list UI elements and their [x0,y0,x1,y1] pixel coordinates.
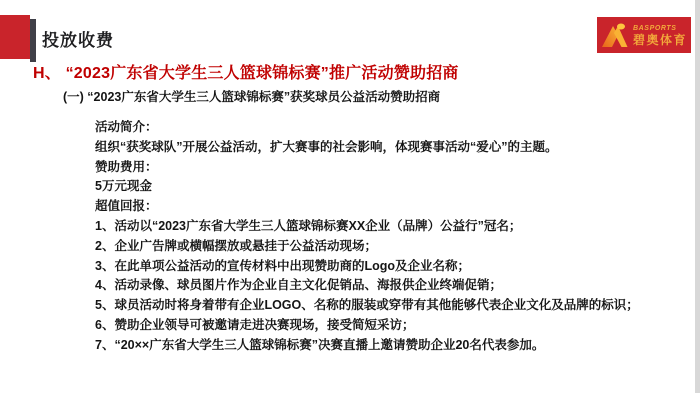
page-title: 投放收费 [42,26,114,51]
body-line-return-7: 7、“20××广东省大学生三人篮球锦标赛”决赛直播上邀请赞助企业20名代表参加。 [95,336,675,356]
body-line-returns-label: 超值回报： [95,197,675,217]
body-line-return-6: 6、赞助企业领导可被邀请走进决赛现场，接受简短采访； [95,316,675,336]
accent-square [0,15,30,59]
body-line-return-4: 4、活动录像、球员图片作为企业自主文化促销品、海报供企业终端促销； [95,276,675,296]
section-heading: H、 “2023广东省大学生三人篮球锦标赛”推广活动赞助招商 [33,60,459,83]
right-edge-bar [695,0,700,393]
body-line-fee-label: 赞助费用： [95,158,675,178]
basports-a-mark-icon [601,22,629,48]
body-line-fee-value: 5万元现金 [95,177,675,197]
body-line-intro-text: 组织“获奖球队”开展公益活动，扩大赛事的社会影响，体现赛事活动“爱心”的主题。 [95,138,675,158]
brand-logo: BASPORTS 碧奥体育 [597,17,691,53]
body-line-return-2: 2、企业广告牌或横幅摆放或悬挂于公益活动现场； [95,237,675,257]
accent-square-shadow [30,19,36,62]
logo-text: BASPORTS 碧奥体育 [633,25,687,46]
slide: 投放收费 BASPORTS 碧奥体育 H、 “2023广东省大学生三人篮球锦标赛… [0,0,700,393]
body-line-return-5: 5、球员活动时将身着带有企业LOGO、名称的服装或穿带有其他能够代表企业文化及品… [95,296,675,316]
logo-brand-cn: 碧奥体育 [633,34,687,46]
sub-heading: (一) “2023广东省大学生三人篮球锦标赛”获奖球员公益活动赞助招商 [63,87,440,105]
logo-brand-en: BASPORTS [633,25,687,32]
body-line-return-3: 3、在此单项公益活动的宣传材料中出现赞助商的Logo及企业名称； [95,257,675,277]
body-line-intro-label: 活动简介： [95,118,675,138]
body-line-return-1: 1、活动以“2023广东省大学生三人篮球锦标赛XX企业（品牌）公益行”冠名； [95,217,675,237]
body-text-block: 活动简介： 组织“获奖球队”开展公益活动，扩大赛事的社会影响，体现赛事活动“爱心… [95,118,675,356]
